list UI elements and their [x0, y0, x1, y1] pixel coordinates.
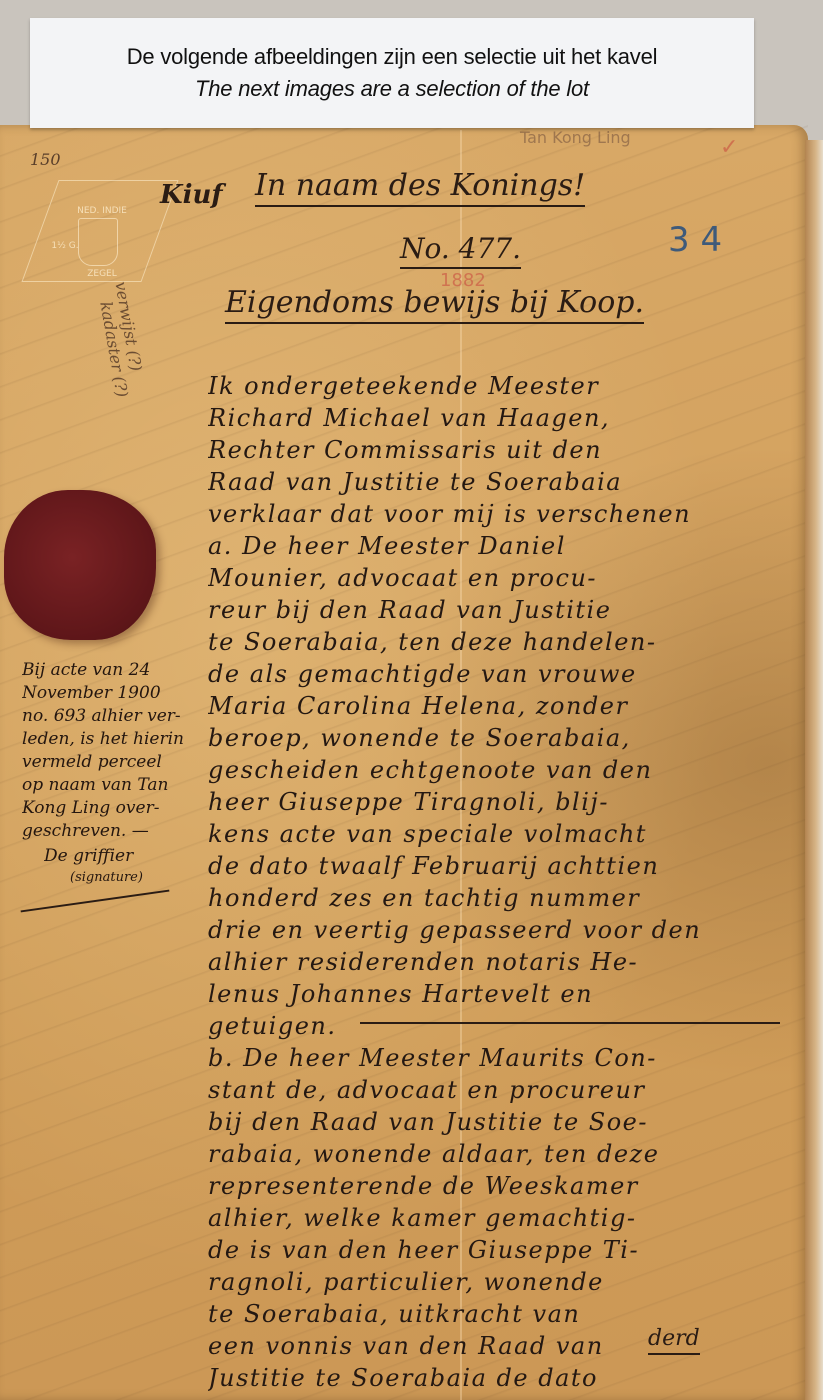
heading: In naam des Konings!: [255, 168, 585, 203]
body-line: representerende de Weeskamer: [208, 1172, 808, 1200]
body-line: Maria Carolina Helena, zonder: [208, 692, 808, 720]
body-line: heer Giuseppe Tiragnoli, blij-: [208, 788, 808, 816]
body-line: gescheiden echtgenoote van den: [208, 756, 808, 784]
document-title: Eigendoms bewijs bij Koop.: [225, 285, 644, 320]
margin-note-line: De griffier: [44, 846, 214, 866]
margin-note-line: op naam van Tan: [22, 775, 192, 795]
body-line: te Soerabaia, ten deze handelen-: [208, 628, 808, 656]
body-line: drie en veertig gepasseerd voor den: [208, 916, 808, 944]
body-line: Rechter Commissaris uit den: [208, 436, 808, 464]
body-line: stant de, advocaat en procureur: [208, 1076, 808, 1104]
body-line: de dato twaalf Februarij achttien: [208, 852, 808, 880]
body-line: kens acte van speciale volmacht: [208, 820, 808, 848]
body-line: bij den Raad van Justitie te Soe-: [208, 1108, 808, 1136]
faint-top-note: Tan Kong Ling: [520, 128, 631, 147]
body-line: getuigen.: [208, 1012, 808, 1040]
body-line: alhier residerenden notaris He-: [208, 948, 808, 976]
stamp-top-text: NED. INDIE: [52, 205, 152, 218]
label-text-english: The next images are a selection of the l…: [195, 73, 589, 105]
red-pencil-mark: ✓: [720, 135, 738, 160]
body-line: honderd zes en tachtig nummer: [208, 884, 808, 912]
deed-number: No. 477.: [400, 232, 521, 265]
body-line: Ik ondergeteekende Meester: [208, 372, 808, 400]
margin-note-line: Kong Ling over-: [22, 798, 192, 818]
margin-note-line: geschreven. —: [22, 821, 192, 841]
body-line: reur bij den Raad van Justitie: [208, 596, 808, 624]
body-line: een vonnis van den Raad van: [208, 1332, 808, 1360]
body-line: lenus Johannes Hartevelt en: [208, 980, 808, 1008]
body-line: beroep, wonende te Soerabaia,: [208, 724, 808, 752]
stamp-value: 1½ G.: [40, 240, 90, 253]
body-line: de als gemachtigde van vrouwe: [208, 660, 808, 688]
body-line: b. De heer Meester Maurits Con-: [208, 1044, 808, 1072]
label-text-dutch: De volgende afbeeldingen zijn een select…: [127, 41, 658, 73]
catchword: derd: [648, 1326, 700, 1351]
body-line: Justitie te Soerabaia de dato: [208, 1364, 808, 1392]
clerk-signature: (signature): [70, 870, 240, 885]
page-number: 150: [30, 150, 61, 169]
margin-note-line: vermeld perceel: [22, 752, 192, 772]
signature-top: Kiuf: [160, 180, 223, 210]
wax-seal: [4, 490, 156, 640]
body-line: verklaar dat voor mij is verschenen: [208, 500, 808, 528]
body-line: a. De heer Meester Daniel: [208, 532, 808, 560]
pencil-annotation: 3 4: [668, 220, 722, 260]
margin-note-line: leden, is het hierin: [22, 729, 192, 749]
body-line: rabaia, wonende aldaar, ten deze: [208, 1140, 808, 1168]
body-line: Richard Michael van Haagen,: [208, 404, 808, 432]
body-line: Raad van Justitie te Soerabaia: [208, 468, 808, 496]
body-line: te Soerabaia, uitkracht van: [208, 1300, 808, 1328]
body-line: Mounier, advocaat en procu-: [208, 564, 808, 592]
margin-note-line: Bij acte van 24: [22, 660, 192, 680]
lot-selection-label: De volgende afbeeldingen zijn een select…: [30, 18, 754, 128]
stamp-bottom-text: ZEGEL: [52, 268, 152, 281]
margin-note-line: November 1900: [22, 683, 192, 703]
body-line: ragnoli, particulier, wonende: [208, 1268, 808, 1296]
body-line: de is van den heer Giuseppe Ti-: [208, 1236, 808, 1264]
line-fill-rule: [360, 1022, 780, 1024]
margin-note-line: no. 693 alhier ver-: [22, 706, 192, 726]
body-line: alhier, welke kamer gemachtig-: [208, 1204, 808, 1232]
